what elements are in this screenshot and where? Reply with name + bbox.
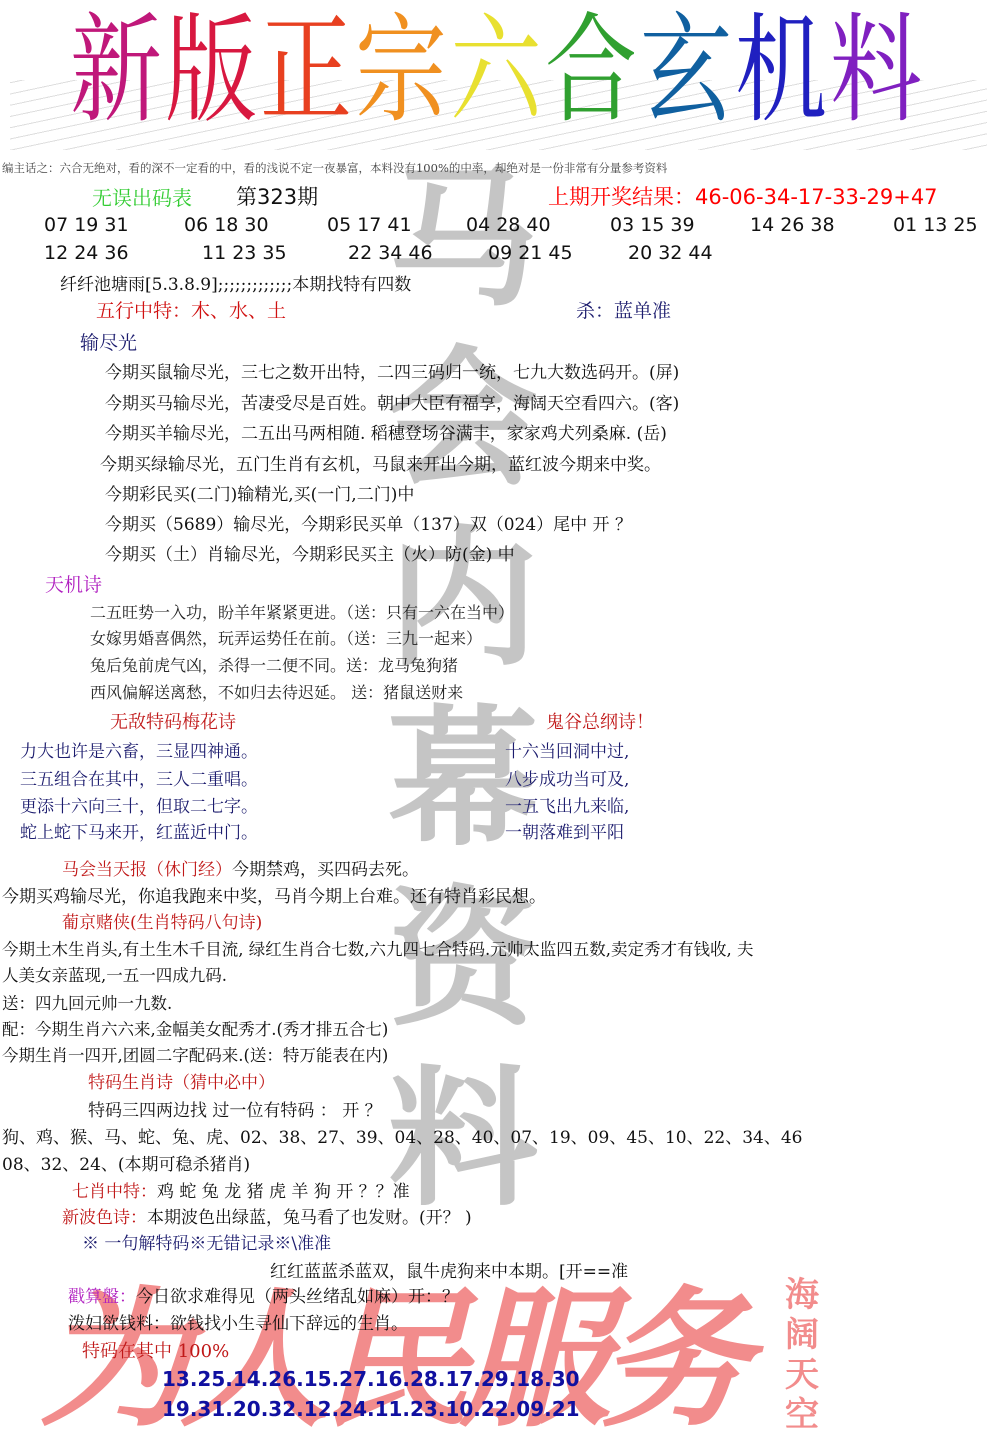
lose-all-line: 今期买鼠输尽光，三七之数开出特，二四三码归一统，七九大数选码开。(屏) (105, 358, 679, 383)
lose-all-line: 今期买绿输尽光，五门生肖有玄机，马鼠来开出今期，蓝红波今期来中奖。 (100, 450, 661, 475)
mahui-heading: 马会当天报（休门经） (62, 860, 232, 880)
title-char: 正 (260, 0, 352, 140)
lose-all-line: 今期彩民买(二门)输精光,买(一门,二门)中 (105, 480, 414, 505)
lose-all-heading: 输尽光 (80, 328, 137, 355)
guigu-poem-line: 十六当回洞中过, (505, 737, 629, 762)
guigu-poem-line: 一朝落难到平阳 (505, 818, 624, 843)
lose-all-line: 今期买（土）肖输尽光，今期彩民买主（火）防(金) 中 (105, 540, 515, 565)
last-result-value: 46-06-34-17-33-29+47 (695, 185, 938, 209)
one-sentence-heading: ※ 一句解特码※无错记录※\准准 (82, 1229, 331, 1254)
mahui-line2: 今期买鸡输尽光，你追我跑来中奖，马肖今期上台难。还有特肖彩民想。 (2, 882, 546, 907)
title-char: 玄 (640, 0, 732, 140)
tianji-line: 女嫁男婚喜偶然，玩弄运势任在前。（送：三九一起来） (90, 626, 482, 649)
pond-rain-line: 纤纤池塘雨[5.3.8.9];;;;;;;;;;;;;本期找特有四数 (60, 270, 411, 295)
last-result-label: 上期开奖结果：46-06-34-17-33-29+47 (548, 181, 938, 211)
title-char: 料 (830, 0, 922, 140)
title-char: 机 (735, 0, 827, 140)
title-char: 版 (165, 0, 257, 140)
page-title: 新 版 正 宗 六 合 玄 机 料 (60, 0, 940, 150)
lose-all-line: 今期买羊输尽光，二五出马两相随. 稻穗登场谷满丰，家家鸡犬列桑麻. (岳) (105, 419, 667, 444)
one-sentence-text: 红红蓝蓝杀蓝双，鼠牛虎狗来中本期。[开==准 (270, 1257, 628, 1282)
tianji-line: 兔后兔前虎气凶，杀得一二便不同。送：龙马兔狗猪 (90, 653, 458, 676)
tianji-line: 西风偏解送离愁，不如归去待迟延。 送：猪鼠送财来 (90, 680, 463, 703)
pujing-line: 今期生肖一四开,团圆二字配码来.(送：特万能表在内) (2, 1042, 388, 1066)
pujing-line: 今期土木生肖头,有土生木千目流, 绿红生肖合七数,六九四七合特码.元帅太监四五数… (2, 936, 753, 960)
watermark-side: 海 阔 天 空 (785, 1275, 819, 1435)
lose-all-line: 今期买马输尽光，苦凄受尽是百姓。朝中大臣有福享，海阔天空看四六。(客) (105, 389, 679, 414)
title-char: 合 (545, 0, 637, 140)
lose-all-line: 今期买（5689）输尽光，今期彩民买单（137）双（024）尾中 开 ？ (105, 510, 632, 535)
pujing-line: 送：四九回元帅一九数. (2, 990, 172, 1014)
hundred-heading: 特码在其中 100% (82, 1337, 229, 1363)
code-table-label: 无误出码表 (92, 182, 192, 211)
issue-number: 第323期 (236, 181, 318, 211)
tianji-line: 二五旺势一入功，盼羊年紧紧更进。（送：只有一六在当中） (90, 600, 514, 623)
fortune-line: 戳算盤：今日欲求难得见（两头丝绪乱如麻）开：？ (68, 1282, 459, 1307)
wuxing-label: 五行中特：木、水、土 (96, 296, 286, 323)
editor-note: 编主话之：六合无绝对，看的深不一定看的中，看的浅说不定一夜暴富，本料没有100%… (2, 160, 667, 176)
tianji-heading: 天机诗 (45, 570, 102, 597)
plum-poem-line: 三五组合在其中，三人二重唱。 (20, 765, 258, 790)
title-char: 新 (70, 0, 162, 140)
title-char: 六 (450, 0, 542, 140)
pujing-line: 配：今期生肖六六来,金幅美女配秀才.(秀才排五合七) (2, 1016, 388, 1040)
shengxiao-line: 特码三四两边找 过一位有特码 ： 开 ？ (88, 1096, 382, 1121)
wave-poem-line: 新波色诗：本期波色出绿蓝，兔马看了也发财。(开？ ) (62, 1203, 472, 1228)
pujing-line: 人美女亲蓝现,一五一四成九码. (2, 962, 227, 986)
plum-poem-line: 力大也许是六畜，三显四神通。 (20, 737, 258, 762)
shengxiao-heading: 特码生肖诗（猜中必中） (88, 1068, 275, 1093)
mahui-line: 马会当天报（休门经）今期禁鸡，买四码去死。 (62, 855, 419, 880)
kill-label: 杀：蓝单准 (576, 296, 671, 323)
guigu-poem-line: 八步成功当可及, (505, 765, 629, 790)
money-line: 泼妇欲钱料：欲钱找小生寻仙下辞远的生肖。 (68, 1309, 408, 1334)
pujing-heading: 葡京赌侠(生肖特码八句诗) (62, 908, 262, 933)
hundred-row: 13.25.14.26.15.27.16.28.17.29.18.30 (162, 1367, 580, 1391)
plum-poem-line: 更添十六向三十，但取二七字。 (20, 792, 258, 817)
shengxiao-line: 狗、鸡、猴、马、蛇、兔、虎、02、38、27、39、04、28、40、07、19… (2, 1123, 802, 1148)
plum-poem-line: 蛇上蛇下马来开，红蓝近中门。 (20, 818, 258, 843)
shengxiao-line: 08、32、24、(本期可稳杀猪肖) (2, 1150, 250, 1175)
plum-poem-heading: 无敌特码梅花诗 (110, 708, 236, 734)
guigu-poem-line: 一五飞出九来临, (505, 792, 629, 817)
seven-zodiac-line: 七肖中特：鸡 蛇 兔 龙 猪 虎 羊 狗 开 ？？准 (72, 1177, 410, 1202)
guigu-poem-heading: 鬼谷总纲诗！ (546, 708, 654, 734)
hundred-row: 19.31.20.32.12.24.11.23.10.22.09.21 (162, 1397, 580, 1421)
title-char: 宗 (355, 0, 447, 140)
